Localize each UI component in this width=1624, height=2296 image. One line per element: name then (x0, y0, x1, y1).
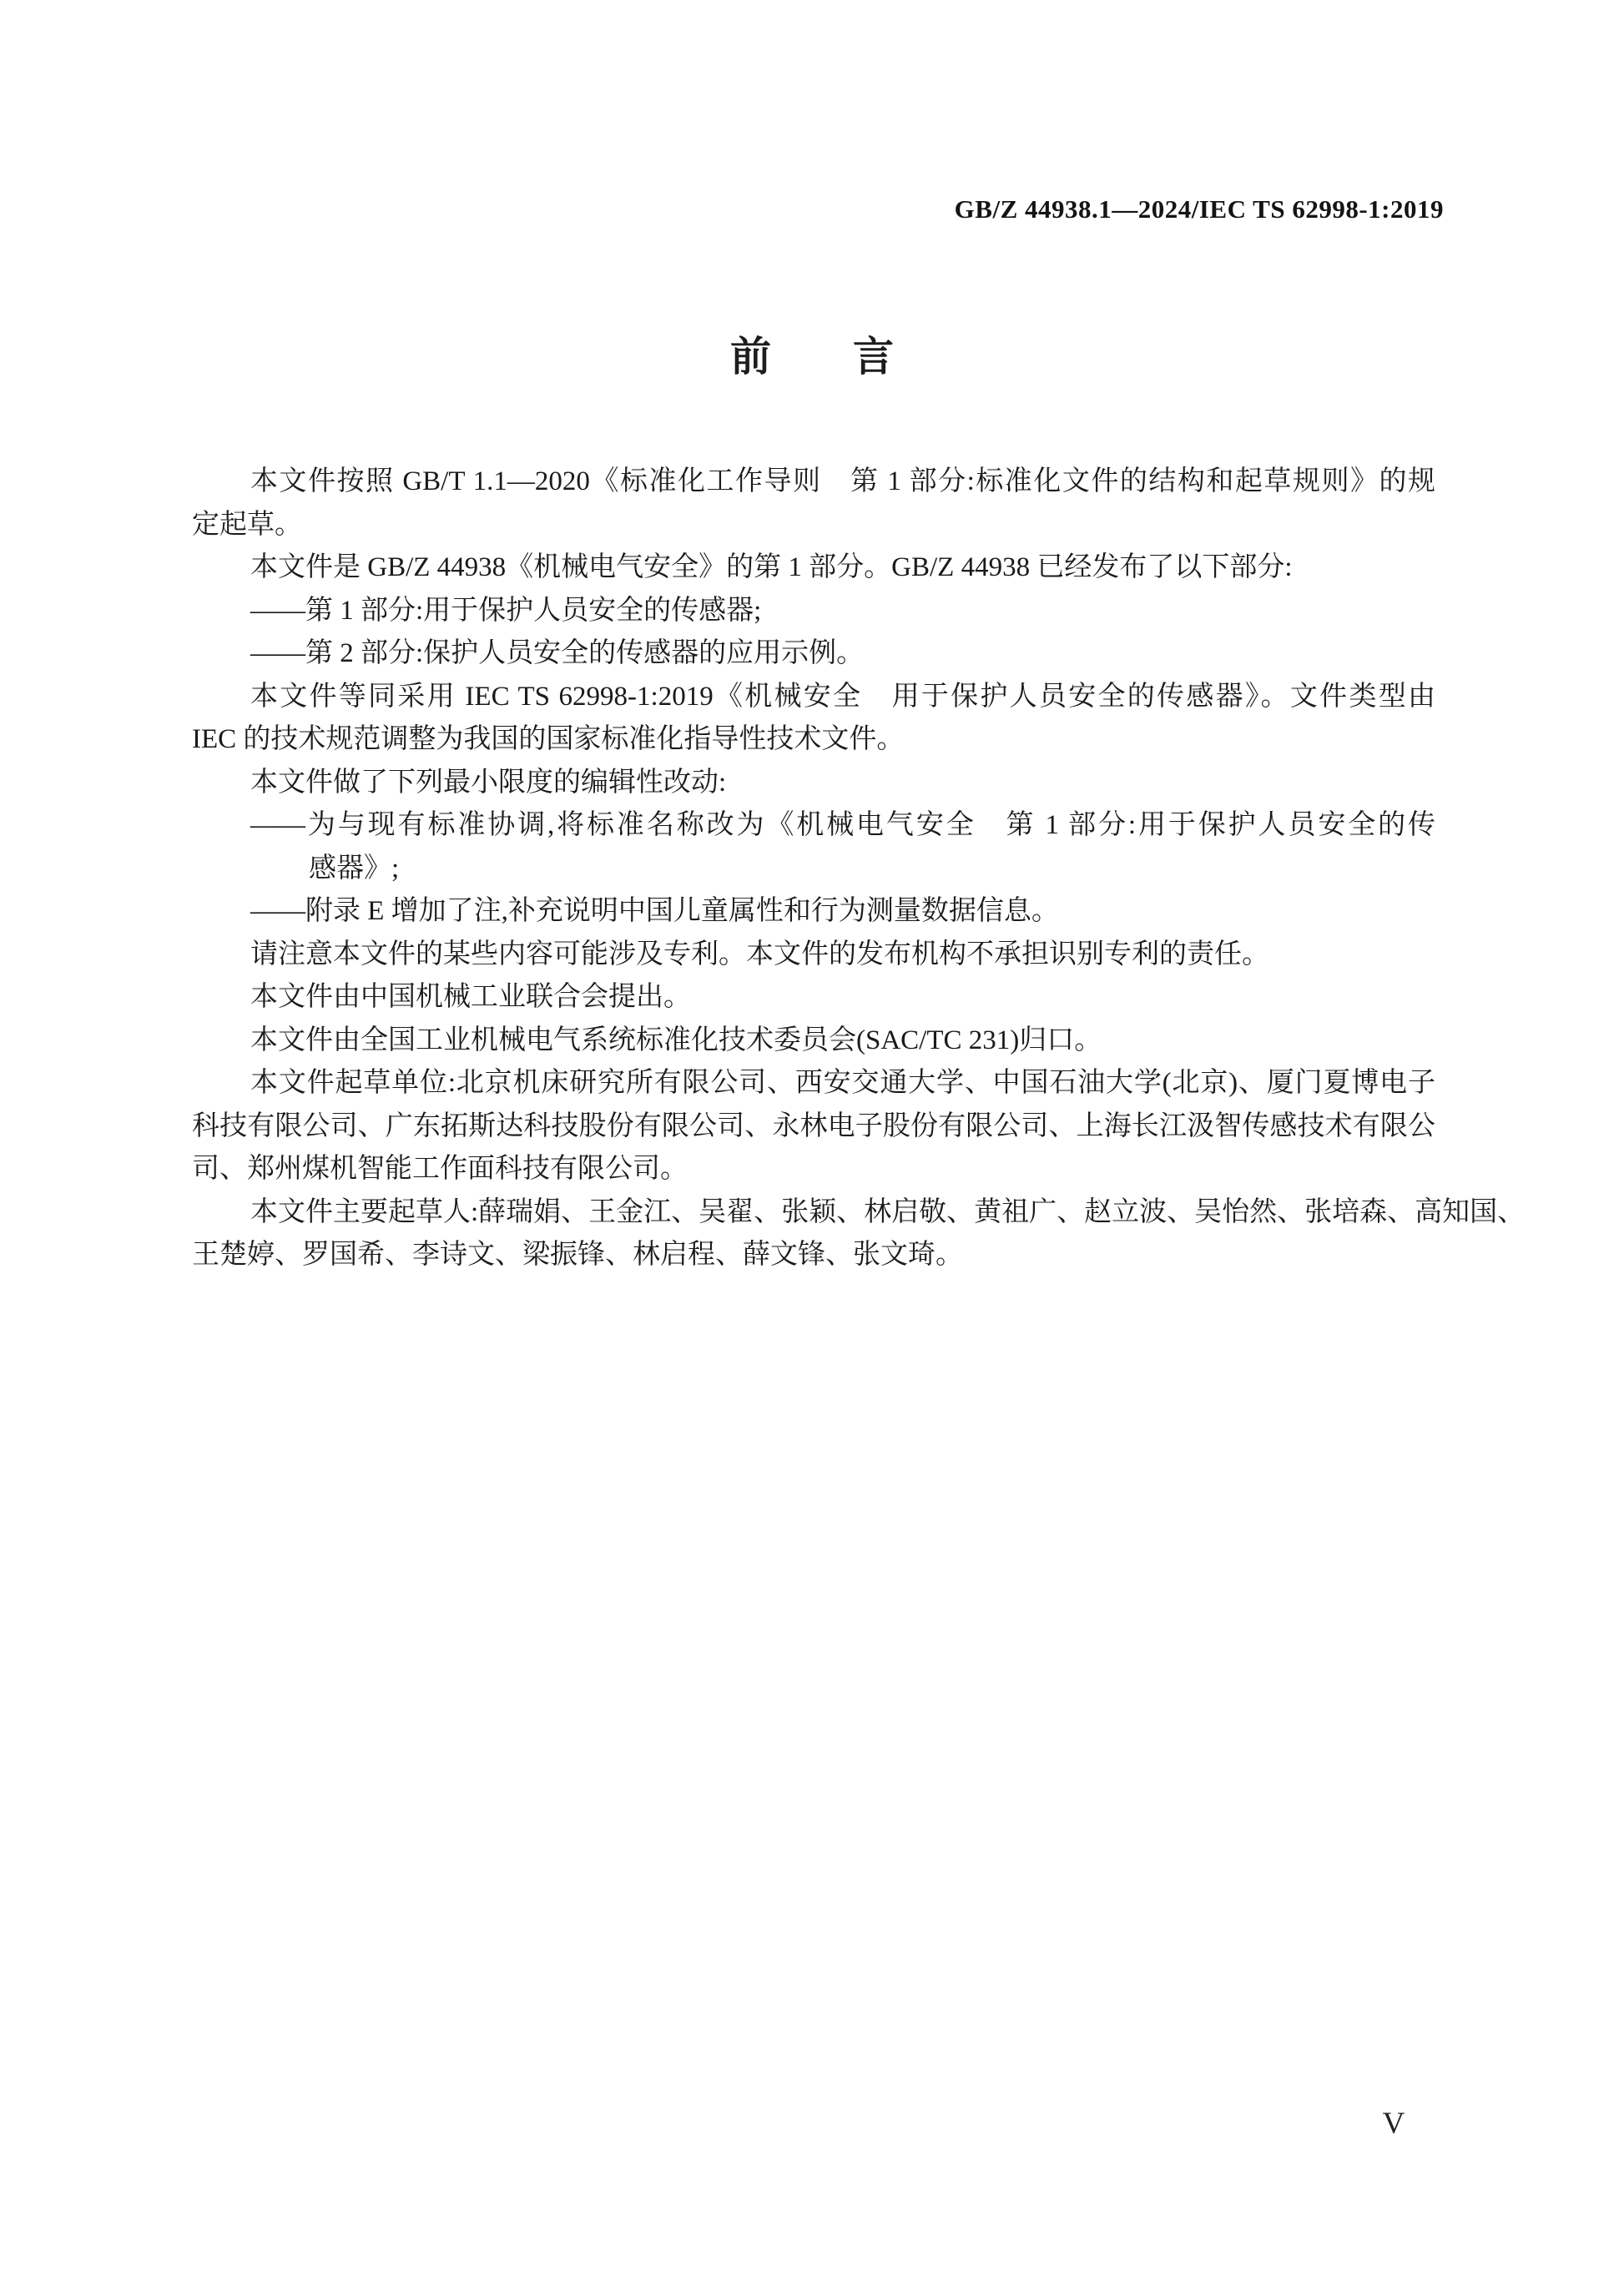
body-line: 感器》; (192, 848, 1435, 891)
body-line: 本文件按照 GB/T 1.1—2020《标准化工作导则 第 1 部分:标准化文件… (192, 461, 1435, 504)
body-line: 科技有限公司、广东拓斯达科技股份有限公司、永林电子股份有限公司、上海长江汲智传感… (192, 1105, 1435, 1149)
body-line: 定起草。 (192, 504, 1435, 547)
body-line: ——附录 E 增加了注,补充说明中国儿童属性和行为测量数据信息。 (192, 890, 1435, 934)
body-line: ——为与现有标准协调,将标准名称改为《机械电气安全 第 1 部分:用于保护人员安… (192, 804, 1435, 848)
body-line: IEC 的技术规范调整为我国的国家标准化指导性技术文件。 (192, 718, 1435, 762)
body-line: 本文件由全国工业机械电气系统标准化技术委员会(SAC/TC 231)归口。 (192, 1020, 1435, 1063)
body-line: 请注意本文件的某些内容可能涉及专利。本文件的发布机构不承担识别专利的责任。 (192, 934, 1435, 977)
body-line: 本文件等同采用 IEC TS 62998-1:2019《机械安全 用于保护人员安… (192, 676, 1435, 719)
body-line: ——第 2 部分:保护人员安全的传感器的应用示例。 (192, 632, 1435, 676)
body-line: 本文件由中国机械工业联合会提出。 (192, 976, 1435, 1020)
body-line: 本文件主要起草人:薛瑞娟、王金江、吴翟、张颖、林启敬、黄祖广、赵立波、吴怡然、张… (192, 1191, 1435, 1235)
body-line: 司、郑州煤机智能工作面科技有限公司。 (192, 1148, 1435, 1191)
page-number: V (1369, 2106, 1419, 2142)
foreword-body: 本文件按照 GB/T 1.1—2020《标准化工作导则 第 1 部分:标准化文件… (192, 461, 1435, 1277)
body-line: ——第 1 部分:用于保护人员安全的传感器; (192, 590, 1435, 633)
body-line: 本文件做了下列最小限度的编辑性改动: (192, 762, 1435, 805)
doc-standard-number: GB/Z 44938.1—2024/IEC TS 62998-1:2019 (955, 194, 1444, 224)
page-title: 前 言 (0, 334, 1624, 380)
body-line: 王楚婷、罗国希、李诗文、梁振锋、林启程、薛文锋、张文琦。 (192, 1234, 1435, 1277)
document-page: GB/Z 44938.1—2024/IEC TS 62998-1:2019 前 … (0, 0, 1624, 2296)
body-line: 本文件起草单位:北京机床研究所有限公司、西安交通大学、中国石油大学(北京)、厦门… (192, 1062, 1435, 1105)
body-line: 本文件是 GB/Z 44938《机械电气安全》的第 1 部分。GB/Z 4493… (192, 546, 1435, 590)
